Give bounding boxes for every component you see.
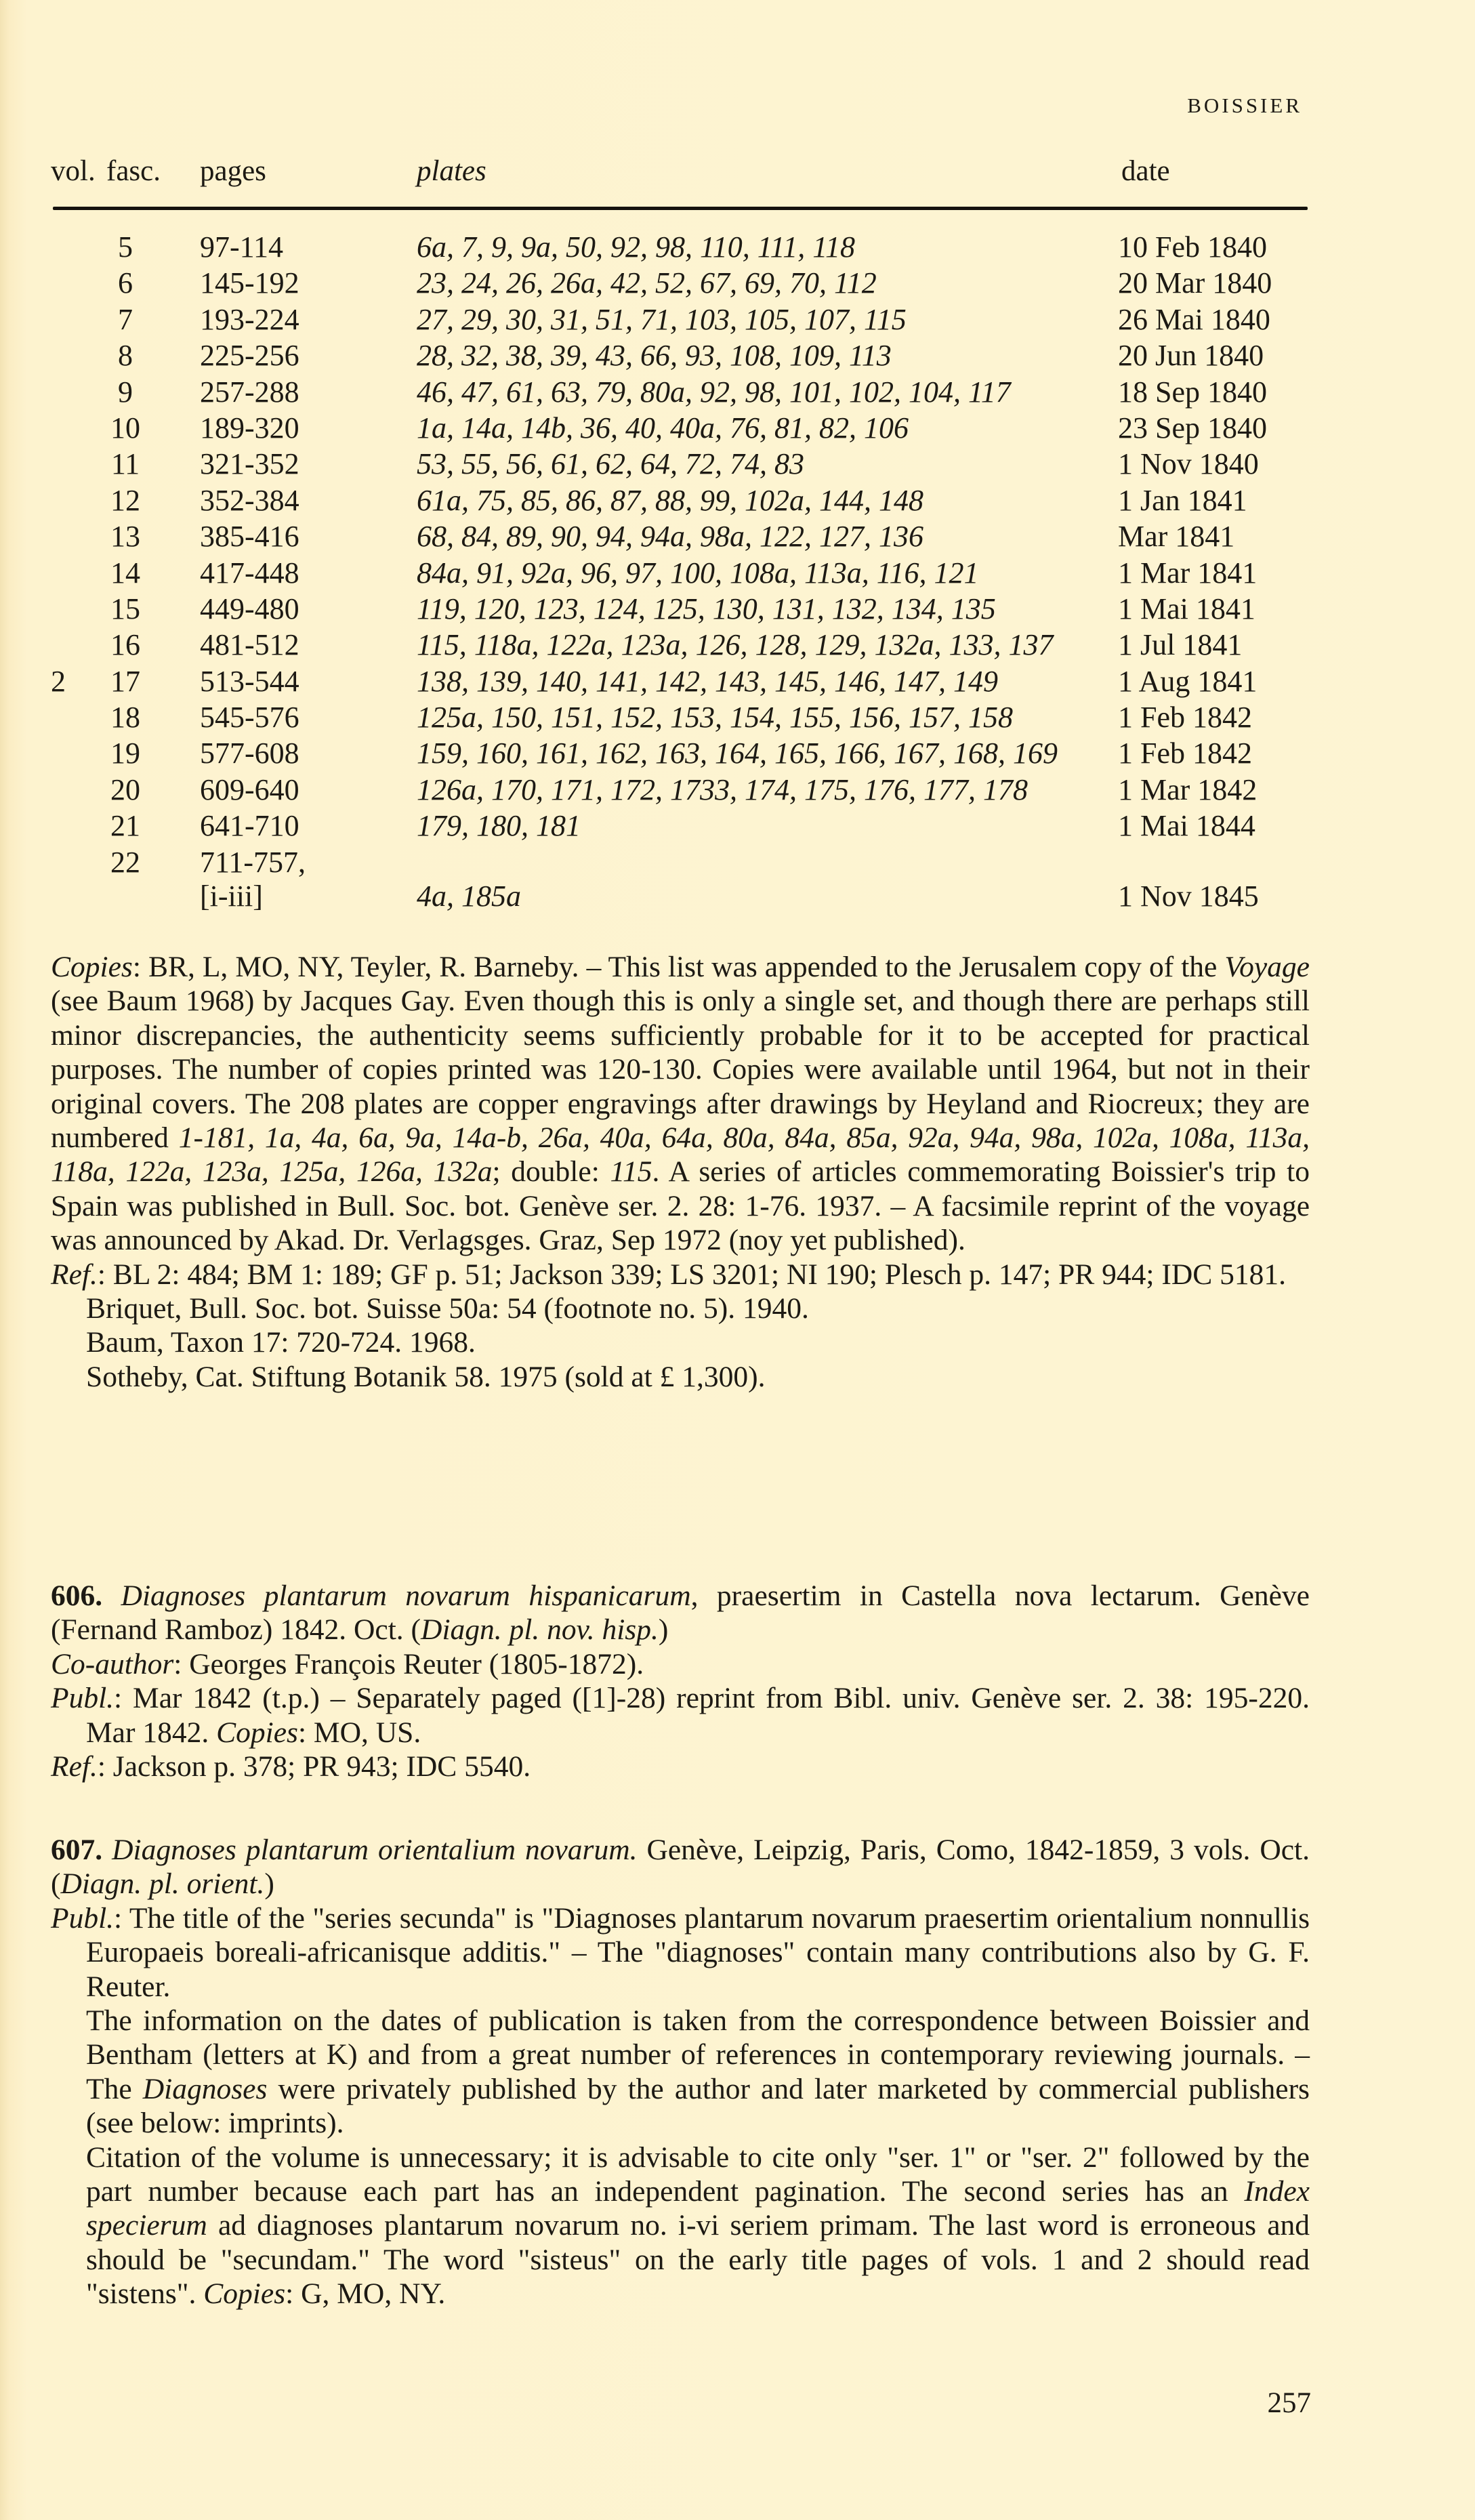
entry-606-abbrev: Diagn. pl. nov. hisp. [421, 1613, 659, 1646]
cell-pages: 577-608 [200, 735, 302, 771]
cell-date: 1 Mar 1841 [1118, 555, 1257, 591]
cell-plates: 115, 118a, 122a, 123a, 126, 128, 129, 13… [417, 627, 1053, 663]
cell-date: 1 Nov 1840 [1118, 446, 1259, 482]
ref-extra-3: Sotheby, Cat. Stiftung Botanik 58. 1975 … [51, 1360, 1310, 1394]
cell-pages: 385-416 [200, 518, 302, 554]
table-row: 13385-41668, 84, 89, 90, 94, 94a, 98a, 1… [51, 518, 1318, 554]
cell-fasc: 19 [105, 735, 146, 771]
entry-607-copies-label: Copies [203, 2277, 285, 2310]
entry-607-publ: : The title of the "series secunda" is "… [86, 1902, 1310, 2003]
table-row: 16481-512115, 118a, 122a, 123a, 126, 128… [51, 627, 1318, 663]
cell-pages: 257-288 [200, 374, 302, 410]
cell-plates: 1a, 14a, 14b, 36, 40, 40a, 76, 81, 82, 1… [417, 410, 909, 446]
entry-607-title: Diagnoses plantarum orientalium novarum. [112, 1834, 637, 1866]
table-row: 18545-576125a, 150, 151, 152, 153, 154, … [51, 699, 1318, 735]
entry-606-ref-label: Ref. [51, 1750, 98, 1783]
cell-pages: 513-544 [200, 663, 302, 699]
cell-plates: 159, 160, 161, 162, 163, 164, 165, 166, … [417, 735, 1058, 771]
entry-606-ref: : Jackson p. 378; PR 943; IDC 5540. [98, 1750, 531, 1783]
entry-607-para3-a: Citation of the volume is unnecessary; i… [86, 2141, 1310, 2208]
cell-fasc: 13 [105, 518, 146, 554]
cell-plates: 84a, 91, 92a, 96, 97, 100, 108a, 113a, 1… [417, 555, 978, 591]
table-row: 6145-19223, 24, 26, 26a, 42, 52, 67, 69,… [51, 265, 1318, 301]
table-row: 22711-757,4a, 185a1 Nov 1845[i-iii] [51, 844, 1318, 912]
entry-606-copies-label: Copies [216, 1716, 298, 1749]
cell-plates: 23, 24, 26, 26a, 42, 52, 67, 69, 70, 112 [417, 265, 877, 301]
table-row: 19577-608159, 160, 161, 162, 163, 164, 1… [51, 735, 1318, 771]
cell-fasc: 20 [105, 772, 146, 808]
cell-fasc: 8 [105, 337, 146, 373]
entry-606-publ-label: Publ. [51, 1682, 114, 1714]
cell-plates: 119, 120, 123, 124, 125, 130, 131, 132, … [417, 591, 996, 627]
cell-date: 1 Mai 1844 [1118, 808, 1255, 844]
cell-pages: 145-192 [200, 265, 302, 301]
cell-plates: 28, 32, 38, 39, 43, 66, 93, 108, 109, 11… [417, 337, 892, 373]
ref-label: Ref. [51, 1258, 98, 1291]
table-header: vol. fasc. pages plates date [51, 154, 1308, 195]
entry-606-coauthor: : Georges François Reuter (1805-1872). [173, 1648, 644, 1680]
cell-date: 1 Aug 1841 [1118, 663, 1257, 699]
cell-pages: 225-256 [200, 337, 302, 373]
table-row: 217513-544138, 139, 140, 141, 142, 143, … [51, 663, 1318, 699]
cell-fasc: 11 [105, 446, 146, 482]
entry-606-abbrev-close: ) [659, 1613, 669, 1646]
cell-pages: 449-480 [200, 591, 302, 627]
cell-fasc: 21 [105, 808, 146, 844]
cell-fasc: 17 [105, 663, 146, 699]
cell-pages-continued: [i-iii] [200, 878, 302, 914]
copies-text: : BR, L, MO, NY, Teyler, R. Barneby. – T… [133, 951, 1225, 983]
header-fasc: fasc. [106, 154, 161, 188]
cell-plates: 138, 139, 140, 141, 142, 143, 145, 146, … [417, 663, 998, 699]
cell-date: 1 Mai 1841 [1118, 591, 1255, 627]
entry-607-abbrev-close: ) [264, 1867, 274, 1900]
entry-606: 606. Diagnoses plantarum novarum hispani… [51, 1579, 1310, 1783]
table-row: 14417-44884a, 91, 92a, 96, 97, 100, 108a… [51, 555, 1318, 591]
cell-pages: 189-320 [200, 410, 302, 446]
entry-606-number: 606. [51, 1579, 102, 1612]
notes-section: Copies: BR, L, MO, NY, Teyler, R. Barneb… [51, 950, 1310, 1394]
cell-vol: 2 [51, 663, 78, 699]
copies-label: Copies [51, 951, 133, 983]
running-head: BOISSIER [1187, 94, 1302, 118]
entry-606-title: Diagnoses plantarum novarum hispanicarum [121, 1579, 691, 1612]
ref-extra-1: Briquet, Bull. Soc. bot. Suisse 50a: 54 … [51, 1292, 1310, 1325]
cell-date: 23 Sep 1840 [1118, 410, 1267, 446]
header-vol: vol. [51, 154, 96, 188]
cell-date: 26 Mai 1840 [1118, 302, 1270, 337]
table-row: 10189-3201a, 14a, 14b, 36, 40, 40a, 76, … [51, 410, 1318, 446]
cell-plates: 61a, 75, 85, 86, 87, 88, 99, 102a, 144, … [417, 482, 923, 518]
voyage-title: Voyage [1224, 951, 1310, 983]
entry-607: 607. Diagnoses plantarum orientalium nov… [51, 1833, 1310, 2311]
cell-fasc: 16 [105, 627, 146, 663]
cell-pages: 545-576 [200, 699, 302, 735]
cell-date: 1 Jul 1841 [1118, 627, 1242, 663]
table-rule [53, 207, 1308, 210]
document-page: BOISSIER vol. fasc. pages plates date 59… [0, 0, 1475, 2520]
cell-pages: 97-114 [200, 229, 302, 265]
entry-606-copies: : MO, US. [298, 1716, 421, 1749]
cell-date: Mar 1841 [1118, 518, 1234, 554]
cell-pages: 321-352 [200, 446, 302, 482]
page-number: 257 [1268, 2387, 1312, 2420]
cell-fasc: 18 [105, 699, 146, 735]
cell-pages: 641-710 [200, 808, 302, 844]
entry-607-para2-b: were privately published by the author a… [86, 2073, 1310, 2139]
cell-plates: 46, 47, 61, 63, 79, 80a, 92, 98, 101, 10… [417, 374, 1011, 410]
cell-date: 1 Feb 1842 [1118, 735, 1252, 771]
cell-date: 18 Sep 1840 [1118, 374, 1267, 410]
cell-fasc: 15 [105, 591, 146, 627]
table-row: 11321-35253, 55, 56, 61, 62, 64, 72, 74,… [51, 446, 1318, 482]
cell-date: 1 Nov 1845 [1118, 878, 1259, 914]
cell-plates: 68, 84, 89, 90, 94, 94a, 98a, 122, 127, … [417, 518, 923, 554]
entry-607-publ-label: Publ. [51, 1902, 114, 1935]
cell-pages: 352-384 [200, 482, 302, 518]
cell-plates: 179, 180, 181 [417, 808, 581, 844]
table-row: 12352-38461a, 75, 85, 86, 87, 88, 99, 10… [51, 482, 1318, 518]
cell-plates: 125a, 150, 151, 152, 153, 154, 155, 156,… [417, 699, 1013, 735]
table-row: 15449-480119, 120, 123, 124, 125, 130, 1… [51, 591, 1318, 627]
cell-pages: 711-757, [200, 844, 302, 880]
table-row: 9257-28846, 47, 61, 63, 79, 80a, 92, 98,… [51, 374, 1318, 410]
cell-plates: 6a, 7, 9, 9a, 50, 92, 98, 110, 111, 118 [417, 229, 855, 265]
ref-extra-2: Baum, Taxon 17: 720-724. 1968. [51, 1325, 1310, 1359]
header-pages: pages [200, 154, 266, 188]
cell-pages: 609-640 [200, 772, 302, 808]
table-row: 7193-22427, 29, 30, 31, 51, 71, 103, 105… [51, 302, 1318, 337]
cell-fasc: 5 [105, 229, 146, 265]
cell-fasc: 7 [105, 302, 146, 337]
cell-fasc: 14 [105, 555, 146, 591]
cell-date: 1 Jan 1841 [1118, 482, 1247, 518]
cell-fasc: 9 [105, 374, 146, 410]
cell-plates: 126a, 170, 171, 172, 1733, 174, 175, 176… [417, 772, 1028, 808]
double-value: 115 [610, 1155, 652, 1188]
cell-fasc: 6 [105, 265, 146, 301]
cell-date: 20 Jun 1840 [1118, 337, 1264, 373]
cell-pages: 481-512 [200, 627, 302, 663]
cell-fasc: 22 [105, 844, 146, 880]
table-row: 21641-710179, 180, 1811 Mai 1844 [51, 808, 1318, 844]
header-plates: plates [417, 154, 486, 188]
cell-pages: 417-448 [200, 555, 302, 591]
table-row: 597-1146a, 7, 9, 9a, 50, 92, 98, 110, 11… [51, 229, 1318, 265]
ref-text: : BL 2: 484; BM 1: 189; GF p. 51; Jackso… [98, 1258, 1286, 1291]
cell-date: 20 Mar 1840 [1118, 265, 1272, 301]
cell-fasc: 10 [105, 410, 146, 446]
cell-plates: 4a, 185a [417, 878, 521, 914]
cell-pages: 193-224 [200, 302, 302, 337]
cell-plates: 27, 29, 30, 31, 51, 71, 103, 105, 107, 1… [417, 302, 907, 337]
table-row: 20609-640126a, 170, 171, 172, 1733, 174,… [51, 772, 1318, 808]
cell-date: 10 Feb 1840 [1118, 229, 1267, 265]
entry-607-abbrev: Diagn. pl. orient. [61, 1867, 265, 1900]
cell-plates: 53, 55, 56, 61, 62, 64, 72, 74, 83 [417, 446, 804, 482]
entry-607-copies: : G, MO, NY. [285, 2277, 445, 2310]
entry-606-coauthor-label: Co-author [51, 1648, 173, 1680]
cell-fasc: 12 [105, 482, 146, 518]
table-row: 8225-25628, 32, 38, 39, 43, 66, 93, 108,… [51, 337, 1318, 373]
cell-date: 1 Feb 1842 [1118, 699, 1252, 735]
fascicle-table: 597-1146a, 7, 9, 9a, 50, 92, 98, 110, 11… [51, 229, 1318, 912]
double-label: ; double: [493, 1155, 610, 1188]
header-date: date [1121, 154, 1170, 188]
entry-607-para2-em: Diagnoses [143, 2073, 268, 2105]
cell-date: 1 Mar 1842 [1118, 772, 1257, 808]
entry-607-number: 607. [51, 1834, 102, 1866]
